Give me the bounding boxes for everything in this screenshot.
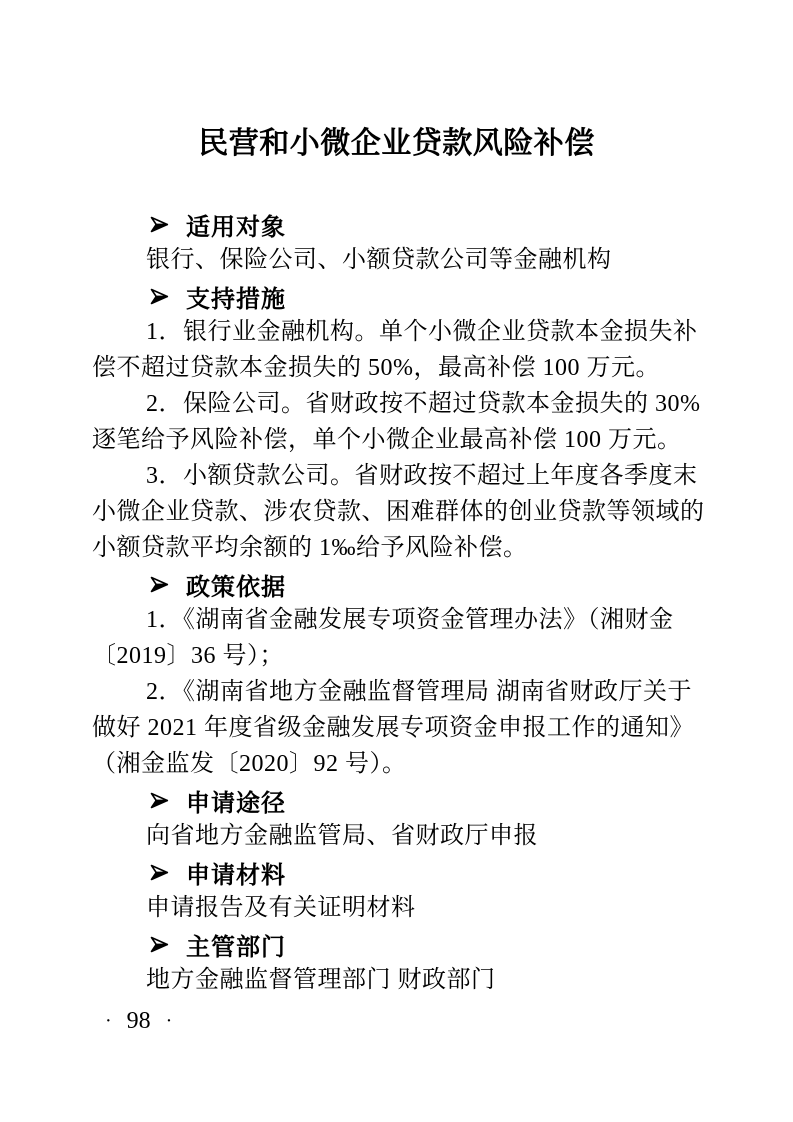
footer-left-dot: ·	[105, 1005, 112, 1037]
body-line: 做好 2021 年度省级金融发展专项资金申报工作的通知》	[92, 710, 698, 746]
body-line: 地方金融监督管理部门 财政部门	[92, 962, 698, 998]
section-heading: 主管部门	[92, 926, 698, 962]
arrow-bullet-icon	[150, 576, 169, 593]
body-line: 1．《湖南省金融发展专项资金管理办法》（湘财金	[92, 602, 698, 638]
body-line: 偿不超过贷款本金损失的 50%，最高补偿 100 万元。	[92, 350, 698, 386]
page-number: 98	[127, 1005, 151, 1037]
body-line: 1．银行业金融机构。单个小微企业贷款本金损失补	[92, 314, 698, 350]
arrow-bullet-icon	[150, 792, 169, 809]
section-heading: 申请材料	[92, 854, 698, 890]
footer-right-dot: ·	[166, 1005, 173, 1037]
document-body: 适用对象 银行、保险公司、小额贷款公司等金融机构 支持措施 1．银行业金融机构。…	[92, 206, 698, 998]
body-line: 2．《湖南省地方金融监督管理局 湖南省财政厅关于	[92, 674, 698, 710]
section-applicable-targets: 适用对象 银行、保险公司、小额贷款公司等金融机构	[92, 206, 698, 278]
body-line: （湘金监发〔2020〕92 号）。	[92, 746, 698, 782]
body-line: 向省地方金融监管局、省财政厅申报	[92, 818, 698, 854]
section-heading: 政策依据	[92, 566, 698, 602]
page-footer: · 98 ·	[105, 1005, 172, 1037]
body-line: 银行、保险公司、小额贷款公司等金融机构	[92, 242, 698, 278]
section-heading: 申请途径	[92, 782, 698, 818]
arrow-bullet-icon	[150, 864, 169, 881]
section-application-materials: 申请材料 申请报告及有关证明材料	[92, 854, 698, 926]
section-heading: 支持措施	[92, 278, 698, 314]
arrow-bullet-icon	[150, 288, 169, 305]
section-heading-label: 申请材料	[186, 855, 286, 890]
section-application-channel: 申请途径 向省地方金融监管局、省财政厅申报	[92, 782, 698, 854]
body-line: 3．小额贷款公司。省财政按不超过上年度各季度末	[92, 458, 698, 494]
body-line: 小微企业贷款、涉农贷款、困难群体的创业贷款等领域的	[92, 494, 698, 530]
body-line: 申请报告及有关证明材料	[92, 890, 698, 926]
section-heading-label: 支持措施	[186, 279, 286, 314]
body-line: 小额贷款平均余额的 1‰给予风险补偿。	[92, 530, 698, 566]
body-line: 〔2019〕36 号）；	[92, 638, 698, 674]
section-heading: 适用对象	[92, 206, 698, 242]
section-policy-basis: 政策依据 1．《湖南省金融发展专项资金管理办法》（湘财金 〔2019〕36 号）…	[92, 566, 698, 782]
section-heading-label: 申请途径	[186, 783, 286, 818]
arrow-bullet-icon	[150, 936, 169, 953]
document-title: 民营和小微企业贷款风险补偿	[0, 122, 793, 166]
body-line: 2．保险公司。省财政按不超过贷款本金损失的 30%	[92, 386, 698, 422]
document-page: 民营和小微企业贷款风险补偿 适用对象 银行、保险公司、小额贷款公司等金融机构	[0, 0, 793, 1122]
section-heading-label: 主管部门	[186, 927, 286, 962]
section-heading-label: 政策依据	[186, 567, 286, 602]
section-support-measures: 支持措施 1．银行业金融机构。单个小微企业贷款本金损失补 偿不超过贷款本金损失的…	[92, 278, 698, 566]
body-line: 逐笔给予风险补偿，单个小微企业最高补偿 100 万元。	[92, 422, 698, 458]
arrow-bullet-icon	[150, 216, 169, 233]
section-heading-label: 适用对象	[186, 207, 286, 242]
section-competent-department: 主管部门 地方金融监督管理部门 财政部门	[92, 926, 698, 998]
